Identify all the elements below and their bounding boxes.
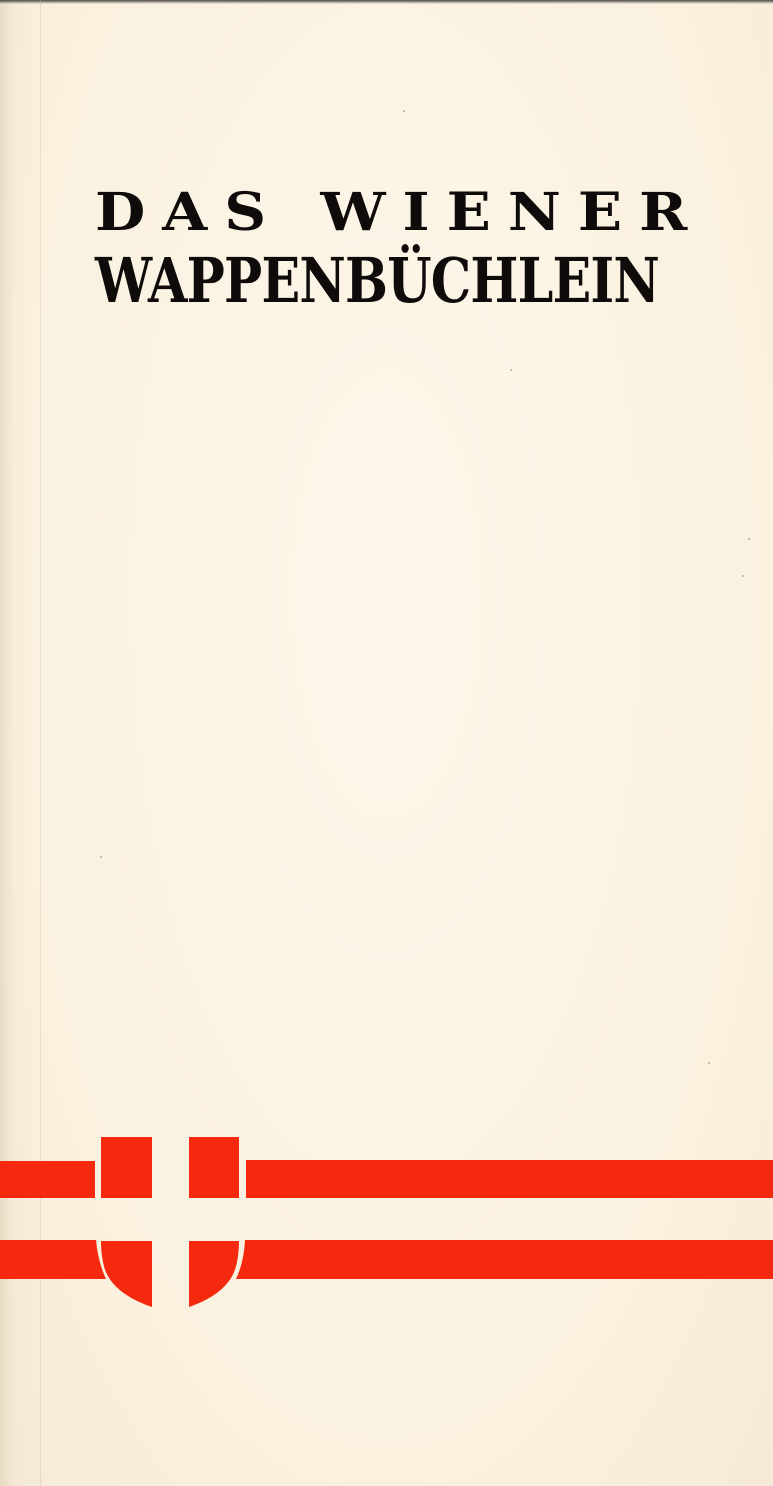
stripe-top-left bbox=[0, 1161, 95, 1198]
stripe-top-right bbox=[246, 1160, 773, 1198]
title-line-1: DAS WIENER bbox=[95, 186, 695, 238]
shield-bottom-left-quarter bbox=[101, 1241, 152, 1307]
paper-speck bbox=[510, 369, 512, 371]
cover-top-edge bbox=[0, 0, 773, 4]
shield-top-right-quarter bbox=[189, 1137, 239, 1198]
paper-speck bbox=[403, 110, 405, 112]
title-line-2: WAPPENBÜCHLEIN bbox=[95, 250, 587, 312]
stripe-bottom-right bbox=[236, 1240, 773, 1279]
vienna-coat-of-arms-emblem bbox=[0, 1120, 773, 1320]
paper-speck bbox=[742, 575, 744, 577]
paper-speck bbox=[708, 1062, 710, 1064]
book-cover: DAS WIENER WAPPENBÜCHLEIN bbox=[0, 0, 773, 1486]
paper-speck bbox=[100, 856, 102, 858]
stripe-bottom-left bbox=[0, 1240, 106, 1279]
shield-bottom-right-quarter bbox=[189, 1241, 239, 1307]
paper-speck bbox=[748, 538, 750, 540]
shield-top-left-quarter bbox=[101, 1137, 152, 1198]
